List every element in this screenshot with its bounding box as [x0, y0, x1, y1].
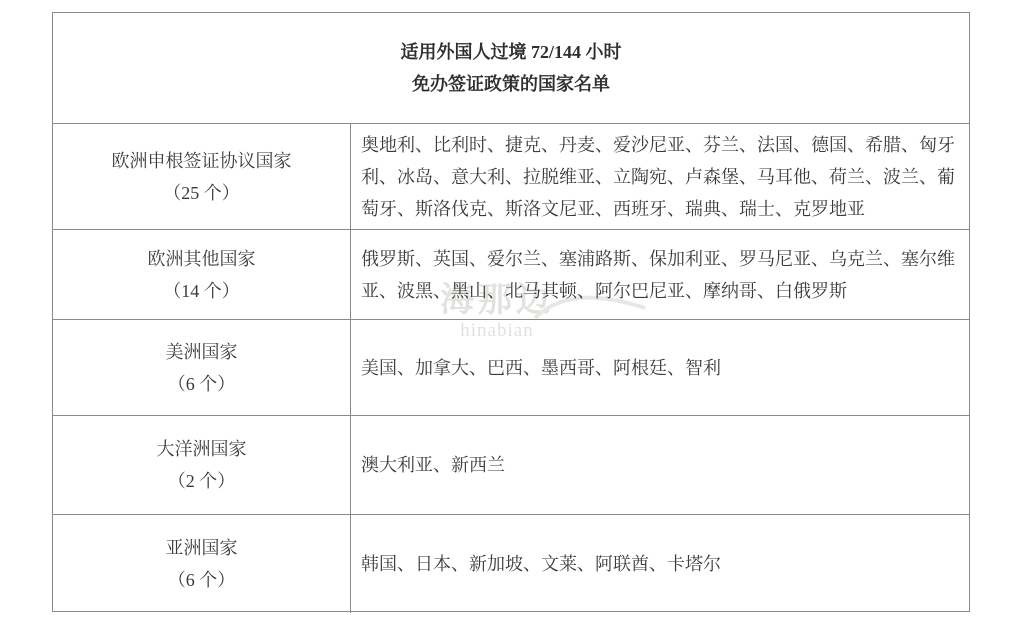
category-count: （25 个） — [163, 177, 240, 209]
category-cell: 亚洲国家 （6 个） — [53, 515, 351, 613]
countries-cell: 奥地利、比利时、捷克、丹麦、爱沙尼亚、芬兰、法国、德国、希腊、匈牙利、冰岛、意大… — [351, 124, 969, 229]
category-cell: 欧洲申根签证协议国家 （25 个） — [53, 124, 351, 229]
category-cell: 美洲国家 （6 个） — [53, 320, 351, 415]
table-title: 适用外国人过境 72/144 小时 免办签证政策的国家名单 — [400, 36, 621, 100]
category-name: 美洲国家 — [166, 336, 238, 368]
category-name: 欧洲申根签证协议国家 — [112, 145, 292, 177]
category-count: （6 个） — [168, 368, 236, 400]
category-name: 大洋洲国家 — [157, 433, 247, 465]
category-count: （2 个） — [168, 465, 236, 497]
table-row: 美洲国家 （6 个） 美国、加拿大、巴西、墨西哥、阿根廷、智利 — [53, 319, 969, 415]
table-row: 亚洲国家 （6 个） 韩国、日本、新加坡、文莱、阿联酋、卡塔尔 — [53, 514, 969, 613]
table-row: 欧洲其他国家 （14 个） 俄罗斯、英国、爱尔兰、塞浦路斯、保加利亚、罗马尼亚、… — [53, 229, 969, 319]
countries-list: 奥地利、比利时、捷克、丹麦、爱沙尼亚、芬兰、法国、德国、希腊、匈牙利、冰岛、意大… — [361, 129, 955, 225]
countries-cell: 美国、加拿大、巴西、墨西哥、阿根廷、智利 — [351, 320, 969, 415]
table-row: 欧洲申根签证协议国家 （25 个） 奥地利、比利时、捷克、丹麦、爱沙尼亚、芬兰、… — [53, 123, 969, 229]
countries-list: 美国、加拿大、巴西、墨西哥、阿根廷、智利 — [361, 352, 721, 384]
countries-cell: 澳大利亚、新西兰 — [351, 416, 969, 514]
table-title-line1: 适用外国人过境 72/144 小时 — [400, 36, 621, 68]
countries-list: 澳大利亚、新西兰 — [361, 449, 505, 481]
countries-list: 俄罗斯、英国、爱尔兰、塞浦路斯、保加利亚、罗马尼亚、乌克兰、塞尔维亚、波黑、黑山… — [361, 243, 955, 307]
category-count: （6 个） — [168, 564, 236, 596]
category-count: （14 个） — [163, 275, 240, 307]
table-header-row: 适用外国人过境 72/144 小时 免办签证政策的国家名单 — [53, 13, 969, 123]
visa-free-countries-table: 适用外国人过境 72/144 小时 免办签证政策的国家名单 欧洲申根签证协议国家… — [52, 12, 970, 612]
document-page: 海那边 hinabian 适用外国人过境 72/144 小时 免办签证政策的国家… — [0, 0, 1024, 623]
countries-cell: 俄罗斯、英国、爱尔兰、塞浦路斯、保加利亚、罗马尼亚、乌克兰、塞尔维亚、波黑、黑山… — [351, 230, 969, 319]
category-cell: 欧洲其他国家 （14 个） — [53, 230, 351, 319]
category-name: 欧洲其他国家 — [148, 243, 256, 275]
category-cell: 大洋洲国家 （2 个） — [53, 416, 351, 514]
countries-list: 韩国、日本、新加坡、文莱、阿联酋、卡塔尔 — [361, 548, 721, 580]
table-row: 大洋洲国家 （2 个） 澳大利亚、新西兰 — [53, 415, 969, 514]
category-name: 亚洲国家 — [166, 532, 238, 564]
countries-cell: 韩国、日本、新加坡、文莱、阿联酋、卡塔尔 — [351, 515, 969, 613]
table-title-line2: 免办签证政策的国家名单 — [400, 68, 621, 100]
